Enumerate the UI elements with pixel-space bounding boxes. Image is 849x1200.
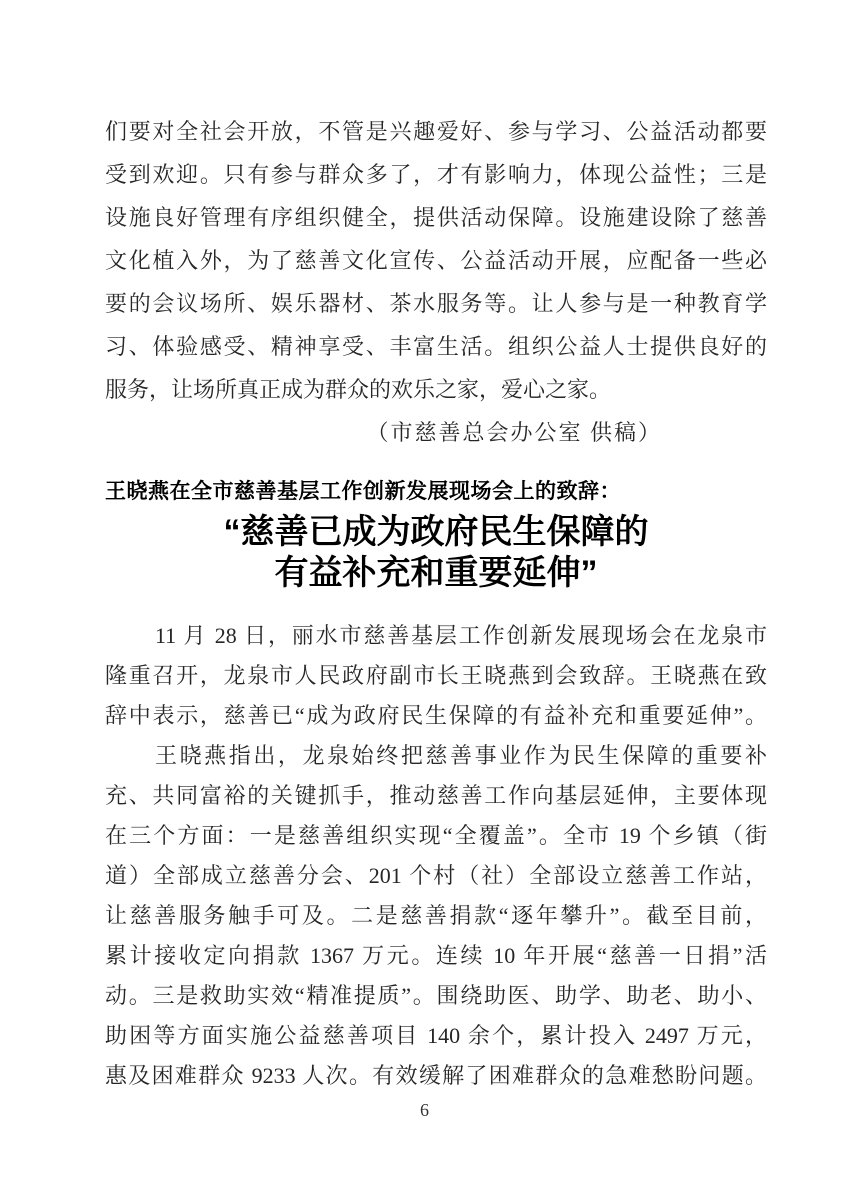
article-kicker: 王晓燕在全市慈善基层工作创新发展现场会上的致辞： bbox=[105, 478, 767, 506]
text-line: 王晓燕指出，龙泉始终把慈善事业作为民生保障的重要补 bbox=[105, 736, 767, 776]
paragraph-1: 11 月 28 日，丽水市慈善基层工作创新发展现场会在龙泉市 隆重召开，龙泉市人… bbox=[105, 616, 767, 736]
text-line: 们要对全社会开放，不管是兴趣爱好、参与学习、公益活动都要 bbox=[105, 110, 767, 153]
text-line: 道）全部成立慈善分会、201 个村（社）全部设立慈善工作站， bbox=[105, 856, 767, 896]
text-line: 隆重召开，龙泉市人民政府副市长王晓燕到会致辞。王晓燕在致 bbox=[105, 656, 767, 696]
page-content-column: 们要对全社会开放，不管是兴趣爱好、参与学习、公益活动都要 受到欢迎。只有参与群众… bbox=[0, 0, 849, 1096]
text-line: 11 月 28 日，丽水市慈善基层工作创新发展现场会在龙泉市 bbox=[105, 616, 767, 656]
article-continuation-section: 们要对全社会开放，不管是兴趣爱好、参与学习、公益活动都要 受到欢迎。只有参与群众… bbox=[105, 110, 767, 454]
text-line: 设施良好管理有序组织健全，提供活动保障。设施建设除了慈善 bbox=[105, 196, 767, 239]
credit-line: （市慈善总会办公室 供稿） bbox=[105, 411, 767, 454]
text-line: 助困等方面实施公益慈善项目 140 余个，累计投入 2497 万元， bbox=[105, 1016, 767, 1056]
page-number: 6 bbox=[0, 1100, 849, 1121]
text-line: 文化植入外，为了慈善文化宣传、公益活动开展，应配备一些必 bbox=[105, 239, 767, 282]
paragraph-2: 王晓燕指出，龙泉始终把慈善事业作为民生保障的重要补 充、共同富裕的关键抓手，推动… bbox=[105, 736, 767, 1096]
text-line: 充、共同富裕的关键抓手，推动慈善工作向基层延伸，主要体现 bbox=[105, 776, 767, 816]
text-line: 要的会议场所、娱乐器材、茶水服务等。让人参与是一种教育学 bbox=[105, 282, 767, 325]
text-line: 服务，让场所真正成为群众的欢乐之家，爱心之家。 bbox=[105, 368, 767, 411]
speech-article-section: 王晓燕在全市慈善基层工作创新发展现场会上的致辞： “慈善已成为政府民生保障的 有… bbox=[105, 478, 767, 1096]
text-line: 辞中表示，慈善已“成为政府民生保障的有益补充和重要延伸”。 bbox=[105, 696, 767, 736]
article-title: “慈善已成为政府民生保障的 有益补充和重要延伸” bbox=[105, 512, 767, 594]
text-line: 让慈善服务触手可及。二是慈善捐款“逐年攀升”。截至目前， bbox=[105, 896, 767, 936]
document-page: 们要对全社会开放，不管是兴趣爱好、参与学习、公益活动都要 受到欢迎。只有参与群众… bbox=[0, 0, 849, 1200]
text-line: 动。三是救助实效“精准提质”。围绕助医、助学、助老、助小、 bbox=[105, 976, 767, 1016]
text-line: 累计接收定向捐款 1367 万元。连续 10 年开展“慈善一日捐”活 bbox=[105, 936, 767, 976]
text-line: 在三个方面：一是慈善组织实现“全覆盖”。全市 19 个乡镇（街 bbox=[105, 816, 767, 856]
text-line: 习、体验感受、精神享受、丰富生活。组织公益人士提供良好的 bbox=[105, 325, 767, 368]
text-line: 惠及困难群众 9233 人次。有效缓解了困难群众的急难愁盼问题。 bbox=[105, 1056, 767, 1096]
article-title-line-1: “慈善已成为政府民生保障的 bbox=[105, 512, 767, 553]
text-line: 受到欢迎。只有参与群众多了，才有影响力，体现公益性；三是 bbox=[105, 153, 767, 196]
article-title-line-2: 有益补充和重要延伸” bbox=[105, 553, 767, 594]
